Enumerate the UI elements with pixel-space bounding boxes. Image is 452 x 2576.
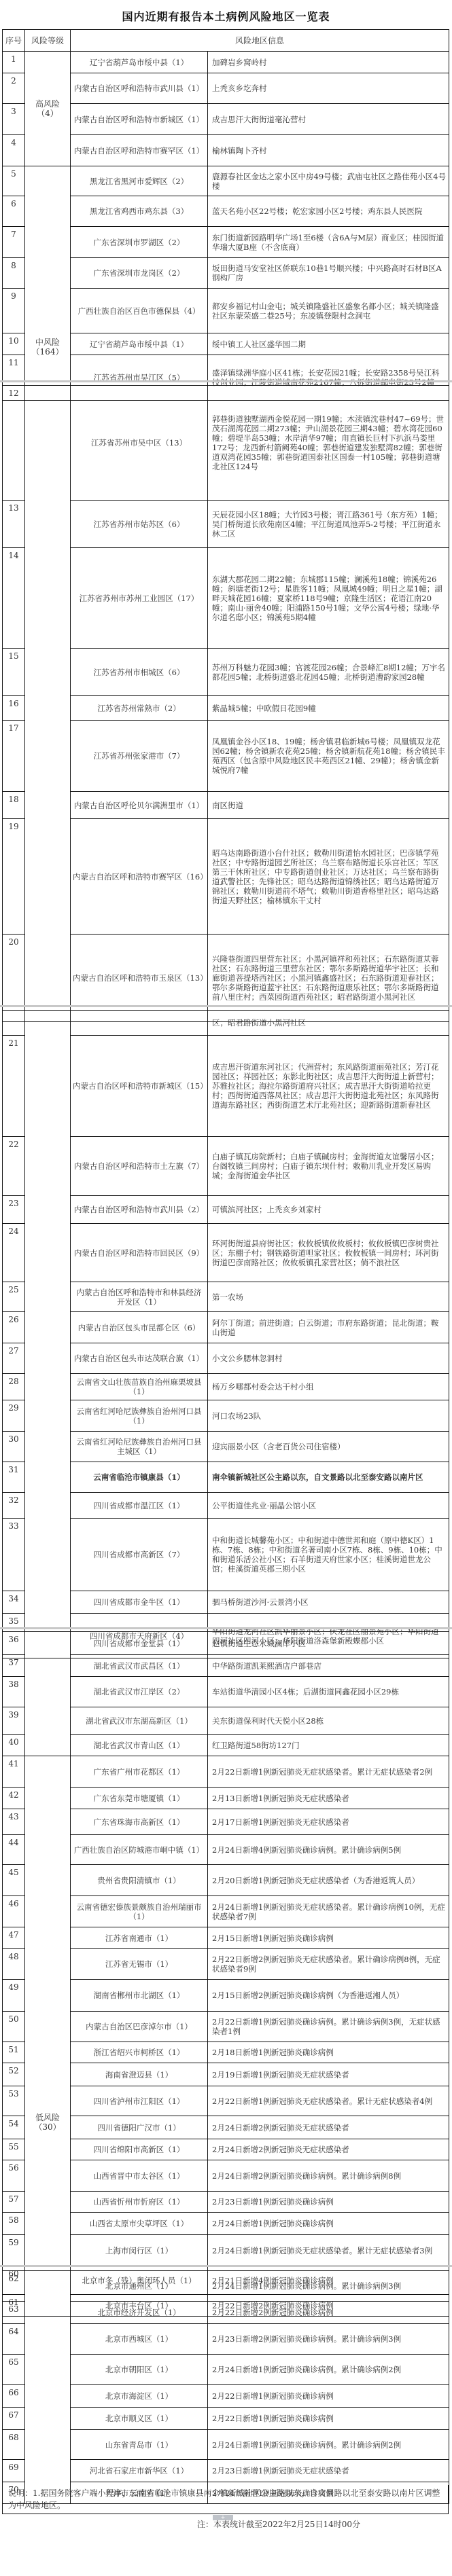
row-no: 43 <box>3 1809 25 1835</box>
region-cell: 四川省成都市高新区（7） <box>71 1519 208 1591</box>
detail-cell: 中华路街道凯莱熙酒店户部巷店 <box>208 1655 449 1677</box>
detail-cell: 成吉思汗街道东河社区；代洲营村；东风路街道丽苑社区；芳汀花园社区；祥园社区；东影… <box>208 1036 449 1137</box>
region-cell: 贵州省贵阳清镇市（1） <box>71 1865 208 1896</box>
region-cell: 内蒙古自治区呼和浩特市土左旗（7） <box>71 1137 208 1196</box>
detail-cell: 2月24日新增1例新冠肺炎确诊病例。累计确诊病例3例 <box>208 2271 449 2302</box>
region-cell: 内蒙古自治区呼和浩特市武川县（2） <box>71 1196 208 1224</box>
row-no: 49 <box>3 1980 25 2012</box>
detail-cell: 南伞镇新城社区公主路以东，自文景路以北至泰安路以南片区 <box>208 1462 449 1493</box>
risk-level-cell <box>25 1011 71 1658</box>
row-no: 9 <box>3 289 25 333</box>
region-cell: 内蒙古自治区呼和浩特市回民区（9） <box>71 1224 208 1282</box>
region-cell: 湖北省武汉市江岸区（2） <box>71 1677 208 1707</box>
detail-cell: 苏州万科魅力花园3幢；官渡花园26幢；合景峰汇8期12幢；万宇名都花园5幢；北桥… <box>208 649 449 696</box>
region-cell: 黑龙江省黑河市爱辉区（2） <box>71 166 208 196</box>
table-page-5: 62北京市通州区（1）2月24日新增1例新冠肺炎确诊病例。累计确诊病例3例63北… <box>2 2270 449 2504</box>
region-cell: 湖北省武汉市武昌区（1） <box>71 1655 208 1677</box>
region-cell: 江苏省苏州市苏州工业园区（17） <box>71 548 208 649</box>
detail-cell: 2月17日新增1例新冠肺炎无症状感染者 <box>208 1809 449 1835</box>
row-no: 31 <box>3 1462 25 1493</box>
region-cell: 上海市闵行区（1） <box>71 2235 208 2266</box>
row-no: 50 <box>3 2012 25 2042</box>
table-row: 41低风险（30）广东省广州市花都区（1）2月22日新增1例新冠肺炎无症状感染者… <box>3 1756 449 1788</box>
detail-cell: 郭巷街道独墅湖西金悦花园一期19幢；木渎镇沈巷村47~69号；世茂石湖湾花园二期… <box>208 386 449 501</box>
row-no: 59 <box>3 2235 25 2266</box>
region-cell: 内蒙古自治区呼和浩特市赛罕区（1） <box>71 135 208 166</box>
detail-cell: 2月13日新增1例新冠肺炎无症状感染者 <box>208 1788 449 1809</box>
region-cell: 北京市通州区（1） <box>71 2271 208 2302</box>
detail-cell: 2月22日新增1例新冠肺炎无症状感染者。累计无症状感染者4例 <box>208 2086 449 2116</box>
row-no: 29 <box>3 1400 25 1432</box>
row-no: 34 <box>3 1591 25 1614</box>
region-cell <box>71 1011 208 1036</box>
region-cell: 山西省忻州市忻府区（1） <box>71 2192 208 2213</box>
detail-cell: 迎宾丽景小区（含老百货公司住宿楼） <box>208 1432 449 1462</box>
detail-cell: 2月24日新增2例新冠肺炎确诊病例。累计确诊病例8例 <box>208 2160 449 2192</box>
detail-cell: 2月24日新增2例新冠肺炎无症状感染者 <box>208 2116 449 2139</box>
detail-cell: 2月22日新增2例新冠肺炎确诊病例 <box>208 2302 449 2324</box>
row-no: 23 <box>3 1196 25 1224</box>
region-cell: 河北省石家庄市新华区（1） <box>71 2460 208 2482</box>
detail-cell: 2月22日新增1例新冠肺炎确诊病例 <box>208 2385 449 2408</box>
row-no: 10 <box>3 333 25 355</box>
detail-cell: 2月24日新增4例新冠肺炎确诊病例。累计确诊病例5例 <box>208 1835 449 1865</box>
row-no: 4 <box>3 135 25 166</box>
detail-cell: 上秃亥乡圪奔村 <box>208 73 449 104</box>
table-header-row: 序号风险等级风险地区信息 <box>3 30 449 52</box>
region-cell: 云南省德宏傣族景颇族自治州瑞丽市（1） <box>71 1896 208 1927</box>
row-no: 48 <box>3 1949 25 1980</box>
detail-cell: 河口农场23队 <box>208 1400 449 1432</box>
detail-cell: 成吉思汗大街街道毫沁营村 <box>208 104 449 135</box>
region-cell: 内蒙古自治区呼和浩特市武川县（1） <box>71 73 208 104</box>
region-cell: 内蒙古自治区呼伦贝尔满洲里市（1） <box>71 792 208 819</box>
table-note: 说明：1.据国务院客户端小程序，云南省临沧市镇康县南伞镇新城社区公主路以东，自文… <box>2 2485 449 2514</box>
row-no: 65 <box>3 2355 25 2385</box>
region-cell: 四川省泸州市江阳区（1） <box>71 2086 208 2116</box>
row-no: 54 <box>3 2116 25 2139</box>
detail-cell: 杨万乡哪都村委会达干村小组 <box>208 1374 449 1400</box>
detail-cell: 天辰花园小区18幢；大竹园3号楼；胥江路361号（东方苑）1幢；吴门桥街道长欣苑… <box>208 501 449 548</box>
row-no: 5 <box>3 166 25 196</box>
table-row: 36四川省成都市金堂县（1）赵镇街道生态水城澜岸小区 <box>3 1632 449 1655</box>
row-no: 66 <box>3 2385 25 2408</box>
risk-level-cell <box>25 1632 71 1756</box>
region-cell: 海南省澄迈县（1） <box>71 2063 208 2086</box>
detail-cell: 昭乌达南路街道小台什社区；敕勒川街道怡水园社区；巴彦镇学苑社区；中专路街道园艺所… <box>208 819 449 935</box>
region-cell: 云南省文山壮族苗族自治州麻栗坡县（1） <box>71 1374 208 1400</box>
row-no: 18 <box>3 792 25 819</box>
row-no: 67 <box>3 2408 25 2430</box>
region-cell: 山东省青岛市（1） <box>71 2430 208 2460</box>
row-no: 20 <box>3 935 25 1022</box>
detail-cell: 可镇滨河社区；上秃亥乡刘家村 <box>208 1196 449 1224</box>
detail-cell: 阿尔丁街道；前进街道；白云街道；市府东路街道；昆北街道；鞍山街道 <box>208 1312 449 1343</box>
table-page-2: 12江苏省苏州市吴中区（13）郭巷街道独墅湖西金悦花园一期19幢；木渎镇沈巷村4… <box>2 385 449 1022</box>
detail-cell: 东门街道新园路明华广场1至6楼（含6A与M层）商业区；桂园街道华瑞大厦B座（不含… <box>208 227 449 258</box>
region-cell: 江苏省苏州市吴中区（13） <box>71 386 208 501</box>
detail-cell: 2月23日新增1例新冠肺炎无症状感染者 <box>208 2460 449 2482</box>
row-no: 30 <box>3 1432 25 1462</box>
risk-level-cell: 高风险（4） <box>25 52 71 166</box>
detail-cell: 南区街道 <box>208 792 449 819</box>
detail-cell: 紫晶城5幢；中欧假日花园9幢 <box>208 696 449 721</box>
header-info: 风险地区信息 <box>71 30 449 52</box>
detail-cell: 中和街道长城馨苑小区；中和街道中德世邦和庭（原中德K区）1栋、7栋、8栋；中和街… <box>208 1519 449 1591</box>
region-cell: 辽宁省葫芦岛市绥中县（1） <box>71 52 208 73</box>
region-cell: 内蒙古自治区呼和浩特市和林县经济开发区（1） <box>71 1282 208 1312</box>
detail-cell: 环河街街道县府街社区；攸攸板镇攸攸板村；攸攸板镇巴彦树贵社区；东棚子村；钢铁路街… <box>208 1224 449 1282</box>
table-page-1: 序号风险等级风险地区信息1高风险（4）辽宁省葫芦岛市绥中县（1）加碑岩乡窝岭村2… <box>2 29 449 401</box>
detail-cell: 区；昭君路街道小黑河社区 <box>208 1011 449 1036</box>
detail-cell: 2月23日新增2例新冠肺炎确诊病例。累计确诊病例3例 <box>208 2324 449 2355</box>
row-no: 22 <box>3 1137 25 1196</box>
region-cell: 北京市海淀区（1） <box>71 2385 208 2408</box>
region-cell: 湖南省郴州市北湖区（1） <box>71 1980 208 2012</box>
row-no: 40 <box>3 1735 25 1756</box>
detail-cell: 鹿源春社区金达之家小区中房49号楼；武庙屯社区之路佳苑小区4号楼 <box>208 166 449 196</box>
region-cell: 江苏省苏州常熟市（2） <box>71 696 208 721</box>
risk-level-cell <box>25 2271 71 2504</box>
region-cell: 湖北省武汉市东湖高新区（1） <box>71 1707 208 1735</box>
row-no: 39 <box>3 1707 25 1735</box>
page-break-divider <box>0 1005 452 1007</box>
detail-cell: 都安乡福记村山金屯；城关镇隆盛社区盛象名都小区；城关镇隆盛社区东蒙荣盛二巷25号… <box>208 289 449 333</box>
region-cell: 广西壮族自治区百色市德保县（4） <box>71 289 208 333</box>
detail-cell: 2月24日新增1例新冠肺炎确诊病例 <box>208 2213 449 2235</box>
detail-cell: 2月24日新增2例新冠肺炎无症状感染者 <box>208 2139 449 2160</box>
row-no: 55 <box>3 2139 25 2160</box>
row-no: 6 <box>3 196 25 227</box>
row-no: 32 <box>3 1493 25 1519</box>
row-no: 2 <box>3 73 25 104</box>
page-break-divider <box>0 1627 452 1629</box>
detail-cell: 2月24日新增1例新冠肺炎无症状感染者。累计确诊病例10例，无症状感染者7例 <box>208 1896 449 1927</box>
region-cell: 北京市朝阳区（1） <box>71 2355 208 2385</box>
row-no: 13 <box>3 501 25 548</box>
row-no: 24 <box>3 1224 25 1282</box>
row-no: 56 <box>3 2160 25 2192</box>
region-cell: 内蒙古自治区呼和浩特市玉泉区（13） <box>71 935 208 1022</box>
region-cell: 北京市经济开发区（1） <box>71 2302 208 2324</box>
risk-level-cell: 低风险（30） <box>25 1756 71 2317</box>
detail-cell: 红卫路街道58街坊127门 <box>208 1735 449 1756</box>
detail-cell: 兴隆巷街道四里营东社区；小黑河镇祥和苑社区；石东路街道苁蓉社区；石东路街道三里营… <box>208 935 449 1022</box>
row-no: 25 <box>3 1282 25 1312</box>
region-cell: 江苏省苏州张家港市（7） <box>71 721 208 792</box>
region-cell: 内蒙古自治区巴彦淖尔市（1） <box>71 2012 208 2042</box>
row-no: 17 <box>3 721 25 792</box>
detail-cell: 2月19日新增1例新冠肺炎无症状感染者 <box>208 2063 449 2086</box>
table-row: 5中风险（164）黑龙江省黑河市爱辉区（2）鹿源春社区金达之家小区中房49号楼；… <box>3 166 449 196</box>
risk-level-cell <box>25 386 71 1022</box>
detail-cell: 2月22日新增1例新冠肺炎确诊病例。累计确诊病例3例，无症状感染者1例 <box>208 2012 449 2042</box>
row-no: 33 <box>3 1519 25 1591</box>
row-no: 15 <box>3 649 25 696</box>
row-no: 26 <box>3 1312 25 1343</box>
row-no: 69 <box>3 2460 25 2482</box>
row-no: 28 <box>3 1374 25 1400</box>
region-cell: 内蒙古自治区呼和浩特市新城区（1） <box>71 104 208 135</box>
row-no: 42 <box>3 1788 25 1809</box>
region-cell: 四川省德阳广汉市（1） <box>71 2116 208 2139</box>
detail-cell: 驷马桥街道沙河·云景湾小区 <box>208 1591 449 1614</box>
region-cell: 广东省广州市花都区（1） <box>71 1756 208 1788</box>
row-no: 41 <box>3 1756 25 1788</box>
row-no: 63 <box>3 2302 25 2324</box>
table-page-3: 区；昭君路街道小黑河社区21内蒙古自治区呼和浩特市新城区（15）成吉思汗街道东河… <box>2 1010 449 1658</box>
detail-cell: 2月22日新增1例新冠肺炎无症状感染者。累计无症状感染者2例 <box>208 1756 449 1788</box>
region-cell: 广东省深圳市罗湖区（2） <box>71 227 208 258</box>
region-cell: 黑龙江省鸡西市鸡东县（3） <box>71 196 208 227</box>
region-cell: 四川省绵阳市高新区（1） <box>71 2139 208 2160</box>
detail-cell: 2月15日新增1例新冠肺炎确诊病例 <box>208 1927 449 1949</box>
row-no: 38 <box>3 1677 25 1707</box>
region-cell: 北京市顺义区（1） <box>71 2408 208 2430</box>
row-no: 46 <box>3 1896 25 1927</box>
region-cell: 云南省临沧市镇康县（1） <box>71 1462 208 1493</box>
header-no: 序号 <box>3 30 25 52</box>
row-no: 68 <box>3 2430 25 2460</box>
detail-cell: 2月22日新增2例新冠肺炎无症状感染者。累计确诊病例8例，无症状感染者9例 <box>208 1949 449 1980</box>
region-cell: 山西省太原市尖草坪区（1） <box>71 2213 208 2235</box>
row-no: 19 <box>3 819 25 935</box>
region-cell: 广东省珠海市高新区（1） <box>71 1809 208 1835</box>
row-no: 16 <box>3 696 25 721</box>
region-cell: 四川省成都市金堂县（1） <box>71 1632 208 1655</box>
row-no: 8 <box>3 258 25 289</box>
header-level: 风险等级 <box>25 30 71 52</box>
region-cell: 北京市西城区（1） <box>71 2324 208 2355</box>
row-no: 62 <box>3 2271 25 2302</box>
row-no: 14 <box>3 548 25 649</box>
detail-cell: 绥中镇工人社区盛华园二期 <box>208 333 449 355</box>
row-no: 1 <box>3 52 25 73</box>
row-no <box>3 1011 25 1036</box>
region-cell: 浙江省绍兴市柯桥区（1） <box>71 2042 208 2063</box>
region-cell: 江苏省无锡市（1） <box>71 1949 208 1980</box>
region-cell: 广东省东莞市塘厦镇（1） <box>71 1788 208 1809</box>
page-title: 国内近期有报告本土病例风险地区一览表 <box>0 8 452 24</box>
table-row: 1高风险（4）辽宁省葫芦岛市绥中县（1）加碑岩乡窝岭村 <box>3 52 449 73</box>
row-no: 64 <box>3 2324 25 2355</box>
detail-cell: 东湖大郡花园二期22幢；东城郡115幢；澜溪苑18幢；锦溪苑26幢；斜塘老街12… <box>208 548 449 649</box>
detail-cell: 2月24日新增1例新冠肺炎确诊病例。累计确诊病例2例 <box>208 2430 449 2460</box>
table-row-continuation: 区；昭君路街道小黑河社区 <box>3 1011 449 1036</box>
table-page-4: 36四川省成都市金堂县（1）赵镇街道生态水城澜岸小区37湖北省武汉市武昌区（1）… <box>2 1631 449 2317</box>
region-cell: 广东省深圳市龙岗区（2） <box>71 258 208 289</box>
region-cell: 山西省晋中市太谷区（1） <box>71 2160 208 2192</box>
page-break-divider <box>0 380 452 382</box>
row-no: 27 <box>3 1343 25 1374</box>
detail-cell: 赵镇街道生态水城澜岸小区 <box>208 1632 449 1655</box>
page-break-divider <box>0 2265 452 2267</box>
region-cell: 江苏省苏州市相城区（6） <box>71 649 208 696</box>
detail-cell: 2月22日新增1例新冠肺炎确诊病例 <box>208 2408 449 2430</box>
region-cell: 湖北省武汉市青山区（1） <box>71 1735 208 1756</box>
row-no: 37 <box>3 1655 25 1677</box>
detail-cell: 第一农场 <box>208 1282 449 1312</box>
detail-cell: 坂田街道马安堂社区侨联东10巷1号顺兴楼；中兴路高时石材B区A钢构厂房 <box>208 258 449 289</box>
risk-level-cell: 中风险（164） <box>25 166 71 401</box>
region-cell: 内蒙古自治区包头市昆都仑区（6） <box>71 1312 208 1343</box>
detail-cell: 2月18日新增1例新冠肺炎确诊病例 <box>208 2042 449 2063</box>
footer-note: 注：本表统计截至2022年2月25日14时00分 <box>197 2518 360 2530</box>
detail-cell: 2月24日新增1例新冠肺炎无症状感染者。累计无症状感染者3例 <box>208 2235 449 2266</box>
row-no: 21 <box>3 1036 25 1137</box>
table-row: 12江苏省苏州市吴中区（13）郭巷街道独墅湖西金悦花园一期19幢；木渎镇沈巷村4… <box>3 386 449 501</box>
detail-cell: 2月20日新增1例新冠肺炎无症状感染者（为香港返筑人员） <box>208 1865 449 1896</box>
region-cell: 内蒙古自治区呼和浩特市赛罕区（16） <box>71 819 208 935</box>
row-no: 47 <box>3 1927 25 1949</box>
region-cell: 内蒙古自治区包头市达茂联合旗（1） <box>71 1343 208 1374</box>
row-no: 57 <box>3 2192 25 2213</box>
region-cell: 辽宁省葫芦岛市绥中县（1） <box>71 333 208 355</box>
region-cell: 四川省成都市金牛区（1） <box>71 1591 208 1614</box>
row-no: 36 <box>3 1632 25 1655</box>
detail-cell: 白庙子镇瓦房院新村；白庙子镇碱房村；金海街道友谊馨居小区；台阁牧镇三间房村；白庙… <box>208 1137 449 1196</box>
row-no: 7 <box>3 227 25 258</box>
row-no: 52 <box>3 2063 25 2086</box>
row-no: 58 <box>3 2213 25 2235</box>
region-cell: 云南省红河哈尼族彝族自治州河口县（1） <box>71 1400 208 1432</box>
detail-cell: 公平街道佳兆业·丽晶公馆小区 <box>208 1493 449 1519</box>
row-no: 53 <box>3 2086 25 2116</box>
table-row: 62北京市通州区（1）2月24日新增1例新冠肺炎确诊病例。累计确诊病例3例 <box>3 2271 449 2302</box>
row-no: 3 <box>3 104 25 135</box>
row-no: 12 <box>3 386 25 501</box>
detail-cell: 小文公乡腮林忽洞村 <box>208 1343 449 1374</box>
detail-cell: 蓝天名苑小区22号楼；乾宏家园小区2号楼；鸡东县人民医院 <box>208 196 449 227</box>
detail-cell: 2月24日新增1例新冠肺炎确诊病例。累计确诊病例2例 <box>208 2355 449 2385</box>
region-cell: 江苏省南通市（1） <box>71 1927 208 1949</box>
region-cell: 四川省成都市温江区（1） <box>71 1493 208 1519</box>
detail-cell: 榆林镇陶卜齐村 <box>208 135 449 166</box>
region-cell: 云南省红河哈尼族彝族自治州河口县主城区（1） <box>71 1432 208 1462</box>
row-no: 44 <box>3 1835 25 1865</box>
detail-cell: 2月23日新增1例新冠肺炎确诊病例 <box>208 2192 449 2213</box>
region-cell: 江苏省苏州市姑苏区（6） <box>71 501 208 548</box>
region-cell: 广西壮族自治区防城港市峒中镇（1） <box>71 1835 208 1865</box>
row-no: 45 <box>3 1865 25 1896</box>
detail-cell: 凤凰镇金谷小区18、19幢；杨舍镇君临新城6号楼；凤凰镇双龙花园62幢；杨舍镇新… <box>208 721 449 792</box>
detail-cell: 加碑岩乡窝岭村 <box>208 52 449 73</box>
detail-cell: 关东街道保利时代天悦小区28栋 <box>208 1707 449 1735</box>
row-no: 51 <box>3 2042 25 2063</box>
detail-cell: 车站街道华清园小区4栋；后湖街道同鑫花园小区29栋 <box>208 1677 449 1707</box>
region-cell: 内蒙古自治区呼和浩特市新城区（15） <box>71 1036 208 1137</box>
detail-cell: 2月15日新增2例新冠肺炎确诊病例（为香港返湘人员） <box>208 1980 449 2012</box>
